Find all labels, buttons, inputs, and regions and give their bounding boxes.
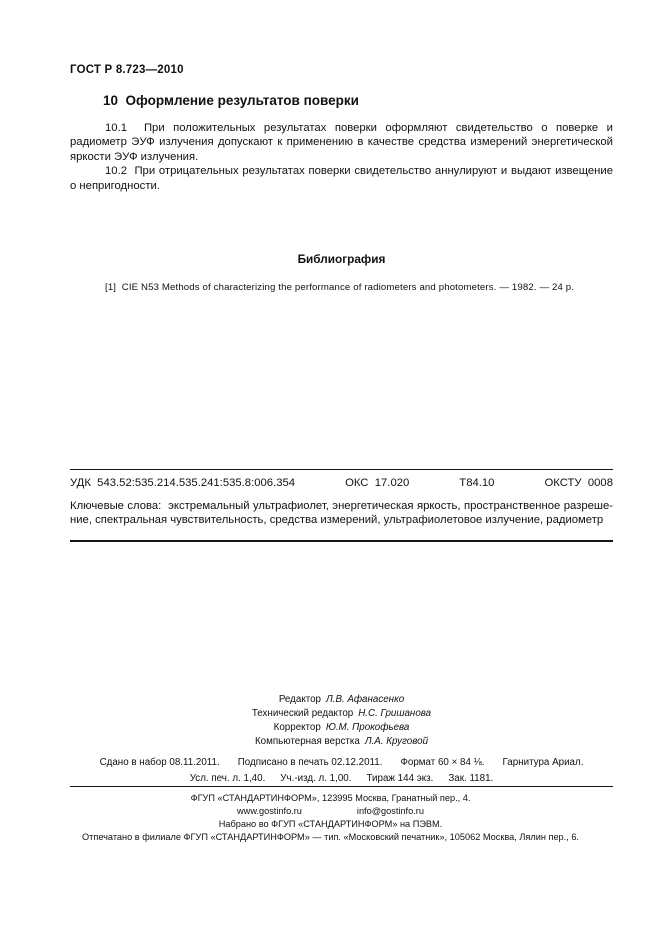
credit-proofreader: КорректорЮ.М. Прокофьева [70,721,613,735]
credit-name: Ю.М. Прокофьева [326,722,410,733]
credit-technical-editor: Технический редакторН.С. Гришанова [70,707,613,721]
imprint-cond-sheets: Усл. печ. л. 1,40. [190,773,266,784]
imprint-set-date: Сдано в набор 08.11.2011. [100,757,220,768]
document-page: ГОСТ Р 8.723—2010 10 Оформление результа… [0,0,661,936]
publisher-typeset-note: Набрано во ФГУП «СТАНДАРТИНФОРМ» на ПЭВМ… [40,818,621,831]
credit-layout: Компьютерная версткаЛ.А. Круговой [70,735,613,749]
imprint-pub-sheets: Уч.-изд. л. 1,00. [280,773,351,784]
paragraph-10-2: 10.2 При отрицательных результатах повер… [70,164,613,193]
publisher-block: ФГУП «СТАНДАРТИНФОРМ», 123995 Москва, Гр… [40,792,621,844]
credit-role: Технический редактор [252,708,353,719]
keywords-line-2: ние, спектральная чувствительность, сред… [70,513,613,527]
bibliography-entry: [1] CIE N53 Methods of characterizing th… [105,282,605,293]
horizontal-rule-bottom [70,786,613,787]
publisher-address: ФГУП «СТАНДАРТИНФОРМ», 123995 Москва, Гр… [40,792,621,805]
imprint-typeface: Гарнитура Ариал. [503,757,584,768]
imprint-circulation: Тираж 144 экз. [366,773,433,784]
section-body: 10.1 При положительных результатах повер… [70,121,613,193]
t-code: Т84.10 [459,477,494,489]
imprint-line-1: Сдано в набор 08.11.2011. Подписано в пе… [70,757,613,768]
imprint-block: Сдано в набор 08.11.2011. Подписано в пе… [70,757,613,784]
horizontal-rule-middle [70,540,613,542]
publisher-email: info@gostinfo.ru [357,805,424,818]
credit-role: Редактор [279,694,321,705]
credit-name: Н.С. Гришанова [358,708,431,719]
okstu-code: ОКСТУ 0008 [544,477,613,489]
bibliography-heading: Библиография [70,252,613,266]
section-heading: 10 Оформление результатов поверки [103,93,359,108]
credit-role: Корректор [274,722,321,733]
credit-editor: РедакторЛ.В. Афанасенко [70,693,613,707]
keywords-line-1: Ключевые слова: экстремальный ультрафиол… [70,499,613,513]
udk-code: УДК 543.52:535.214.535.241:535.8:006.354 [70,477,295,489]
horizontal-rule-top [70,469,613,470]
credit-role: Компьютерная верстка [255,736,360,747]
credits-block: РедакторЛ.В. Афанасенко Технический реда… [70,693,613,749]
imprint-print-date: Подписано в печать 02.12.2011. [238,757,383,768]
publisher-print-note: Отпечатано в филиале ФГУП «СТАНДАРТИНФОР… [40,831,621,844]
publisher-website: www.gostinfo.ru [237,805,302,818]
paragraph-10-1: 10.1 При положительных результатах повер… [70,121,613,164]
imprint-line-2: Усл. печ. л. 1,40. Уч.-изд. л. 1,00. Тир… [70,773,613,784]
credit-name: Л.А. Круговой [365,736,428,747]
running-head: ГОСТ Р 8.723—2010 [70,64,184,76]
credit-name: Л.В. Афанасенко [326,694,404,705]
imprint-order: Зак. 1181. [448,773,493,784]
classification-row: УДК 543.52:535.214.535.241:535.8:006.354… [70,477,613,489]
publisher-contacts: www.gostinfo.ru info@gostinfo.ru [40,805,621,818]
imprint-format: Формат 60 × 84 ⅛. [400,757,484,768]
oks-code: ОКС 17.020 [345,477,409,489]
keywords-block: Ключевые слова: экстремальный ультрафиол… [70,499,613,527]
